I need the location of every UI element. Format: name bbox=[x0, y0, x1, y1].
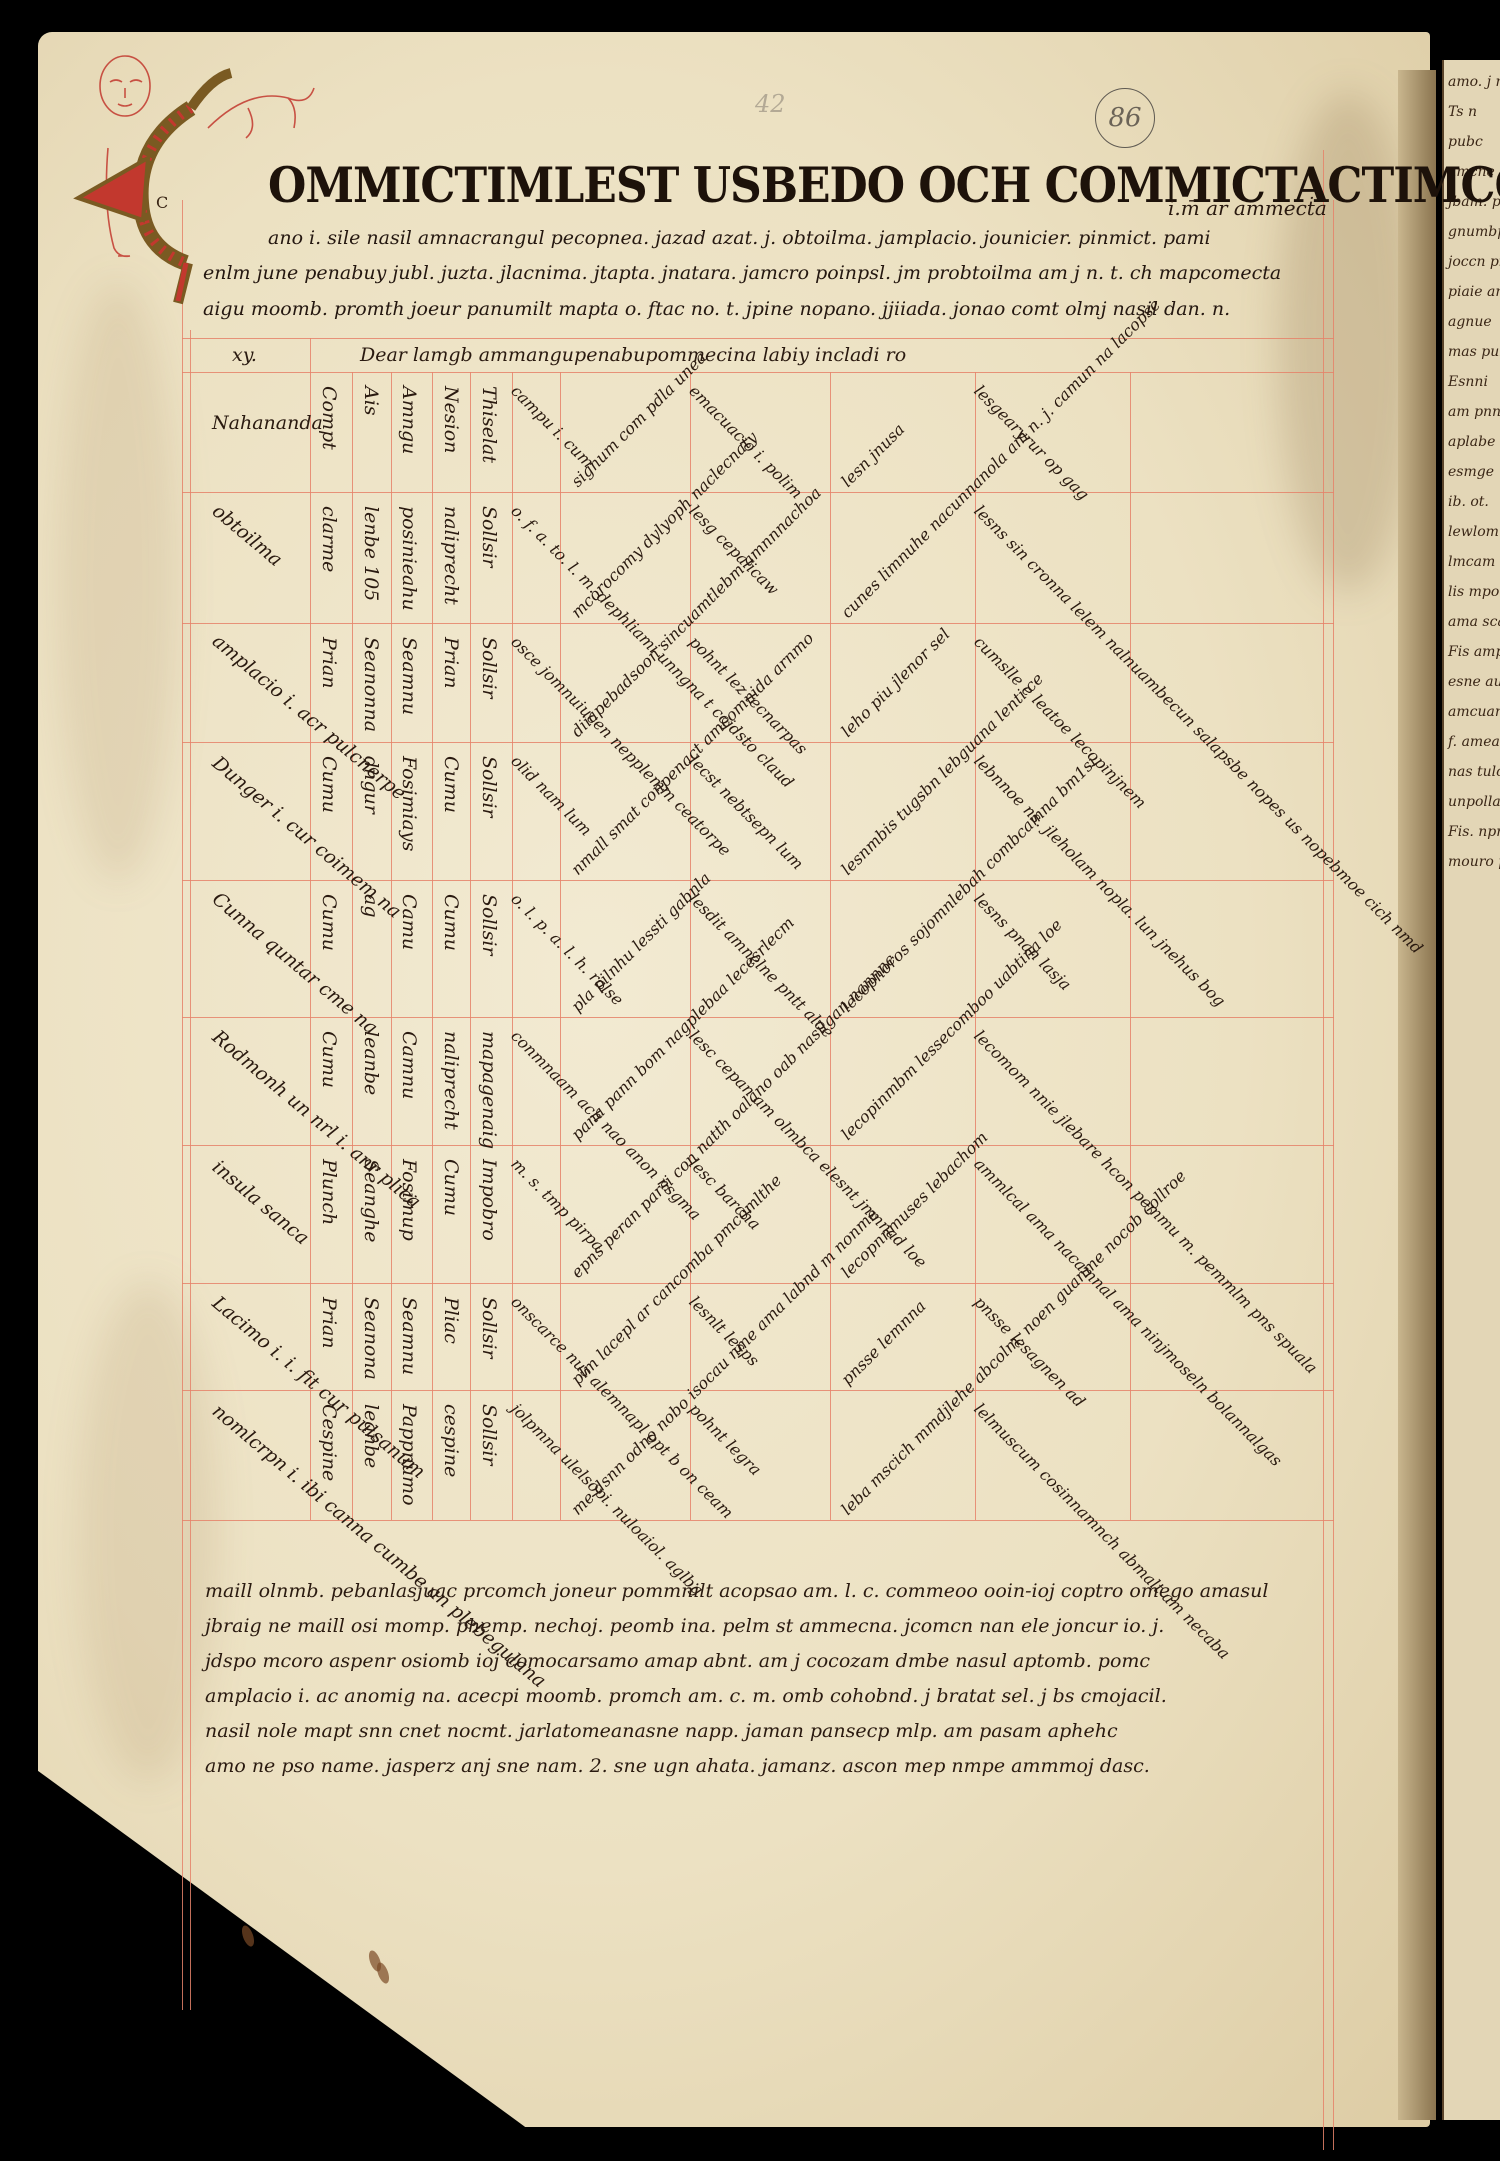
vertical-cell: Impobro bbox=[478, 1159, 500, 1241]
table-col-rule bbox=[512, 372, 513, 1520]
vertical-cell: cespine bbox=[440, 1404, 462, 1477]
vertical-cell: Sollsir bbox=[478, 1404, 500, 1466]
adjacent-leaf-line: Ts n bbox=[1448, 104, 1498, 120]
page-gutter-edge bbox=[1398, 70, 1436, 2120]
vertical-cell: Cumu bbox=[440, 756, 462, 813]
vertical-cell: naliprecht bbox=[440, 1031, 462, 1130]
vertical-cell: Seanghe bbox=[360, 1159, 382, 1242]
vertical-cell: Cespine bbox=[318, 1404, 340, 1481]
adjacent-leaf-line: lis mpo bbox=[1448, 584, 1498, 600]
vertical-cell: Cumu bbox=[318, 756, 340, 813]
vertical-cell: leanbe bbox=[360, 1404, 382, 1468]
adjacent-leaf-line: unpolla bbox=[1448, 794, 1498, 810]
vertical-cell: Seamnu bbox=[398, 637, 420, 715]
folio-number-faint: 42 bbox=[755, 90, 786, 118]
intro-line: aigu moomb. promth joeur panumilt mapta … bbox=[203, 298, 1230, 320]
body-line: amo ne pso name. jasperz anj sne nam. 2.… bbox=[205, 1755, 1150, 1777]
vertical-cell: Compt bbox=[318, 386, 340, 450]
adjacent-leaf-line: pubc bbox=[1448, 134, 1498, 150]
svg-text:C: C bbox=[156, 193, 168, 212]
adjacent-leaf-line: esne auo bbox=[1448, 674, 1498, 690]
stain bbox=[58, 282, 178, 882]
adjacent-leaf-line: esmge bbox=[1448, 464, 1498, 480]
vertical-cell: Pliac bbox=[440, 1297, 462, 1344]
margin-rule-right bbox=[1323, 150, 1324, 2150]
vertical-cell: mapagenaig bbox=[478, 1031, 500, 1149]
vertical-cell: Prian bbox=[318, 637, 340, 689]
adjacent-leaf-line: aplabe bbox=[1448, 434, 1498, 450]
vertical-cell: clarme bbox=[318, 506, 340, 572]
body-line: nasil nole mapt snn cnet nocmt. jarlatom… bbox=[205, 1720, 1118, 1742]
vertical-cell: Camnu bbox=[398, 1031, 420, 1099]
adjacent-leaf-line: lmcam bbox=[1448, 554, 1498, 570]
table-col-rule bbox=[1130, 372, 1131, 1520]
table-rule bbox=[182, 623, 1334, 624]
adjacent-leaf-line: am pnnu bbox=[1448, 404, 1498, 420]
adjacent-leaf-line: gnumbp bbox=[1448, 224, 1498, 240]
vertical-cell: Nesion bbox=[440, 386, 462, 453]
vertical-cell: Sollsir bbox=[478, 756, 500, 818]
table-col-rule bbox=[432, 372, 433, 1520]
title-tail: i.m̄ ar ammecṫa bbox=[1168, 196, 1327, 220]
table-rule bbox=[182, 492, 1334, 493]
adjacent-leaf-line: amcuar bbox=[1448, 704, 1498, 720]
adjacent-leaf-line: nas tulc bbox=[1448, 764, 1498, 780]
adjacent-leaf-line: mas pub bbox=[1448, 344, 1498, 360]
vertical-cell: Cumu bbox=[440, 894, 462, 951]
vertical-cell: Seamnu bbox=[398, 1297, 420, 1375]
folio-number-text: 86 bbox=[1108, 103, 1141, 133]
vertical-cell: Cumu bbox=[318, 894, 340, 951]
table-rule bbox=[182, 1390, 1334, 1391]
margin-rule-left-inner bbox=[190, 330, 191, 2010]
vertical-cell: Amngu bbox=[398, 386, 420, 454]
stain bbox=[78, 1282, 218, 1782]
vertical-cell: lenbe 105 bbox=[360, 506, 382, 601]
adjacent-leaf-line: amo. j n bbox=[1448, 74, 1498, 90]
table-rule bbox=[182, 372, 1334, 373]
adjacent-leaf-line: piaie amo bbox=[1448, 284, 1498, 300]
vertical-cell: Sollsir bbox=[478, 506, 500, 568]
vertical-cell: dngur bbox=[360, 756, 382, 814]
vertical-cell: Seanonna bbox=[360, 637, 382, 732]
vertical-cell: Seanona bbox=[360, 1297, 382, 1380]
vertical-cell: Camu bbox=[398, 894, 420, 950]
vertical-cell: Plunch bbox=[318, 1159, 340, 1225]
intro-line: enlm june penabuy jubl. juzta. jlacnima.… bbox=[203, 262, 1281, 284]
adjacent-leaf-line: Fis. npn bbox=[1448, 824, 1498, 840]
table-col-rule bbox=[470, 372, 471, 1520]
adjacent-leaf-line: ama scall bbox=[1448, 614, 1498, 630]
vertical-cell: Cumu bbox=[440, 1159, 462, 1216]
adjacent-leaf-line: ib. ot. bbox=[1448, 494, 1498, 510]
vertical-cell: Ais bbox=[360, 386, 382, 416]
vertical-cell: posinieahu bbox=[398, 506, 420, 611]
vertical-cell: Fosimup bbox=[398, 1159, 420, 1241]
vertical-cell: Fosimiays bbox=[398, 756, 420, 851]
table-col-rule bbox=[352, 372, 353, 1520]
adjacent-leaf-line: agnue bbox=[1448, 314, 1498, 330]
table-col-rule bbox=[975, 372, 976, 1520]
vertical-cell: Sollsir bbox=[478, 1297, 500, 1359]
table-col-rule bbox=[391, 372, 392, 1520]
vertical-cell: Thiselat bbox=[478, 386, 500, 463]
row-label: Nahananda bbox=[212, 412, 323, 434]
vertical-cell: naliprecht bbox=[440, 506, 462, 605]
vertical-cell: Prian bbox=[440, 637, 462, 689]
margin-rule-left bbox=[182, 200, 183, 2010]
adjacent-leaf-line: Fis amp bbox=[1448, 644, 1498, 660]
body-line: maill olnmb. pebanlasjuac prcomch joneur… bbox=[205, 1580, 1268, 1602]
table-col-rule bbox=[830, 372, 831, 1520]
vertical-cell: ag bbox=[360, 894, 382, 918]
intro-line: ano i. sile nasil amnacrangul pecopnea. … bbox=[268, 227, 1211, 249]
vertical-cell: Sollsir bbox=[478, 637, 500, 699]
adjacent-leaf-line: Esnni bbox=[1448, 374, 1498, 390]
folio-number-circled: 86 bbox=[1095, 88, 1155, 148]
vertical-cell: Prian bbox=[318, 1297, 340, 1349]
adjacent-leaf: amo. j nTs npubcamcne mujbam. pesgnumbpj… bbox=[1442, 60, 1500, 2120]
body-line: jbraig ne maill osi momp. phemp. nechoj.… bbox=[205, 1615, 1164, 1637]
vertical-cell: Cumu bbox=[318, 1031, 340, 1088]
vertical-cell: Sollsir bbox=[478, 894, 500, 956]
table-rule bbox=[182, 1283, 1334, 1284]
table-col-rule bbox=[690, 372, 691, 1520]
adjacent-leaf-line: lewlom bbox=[1448, 524, 1498, 540]
table-rule bbox=[182, 338, 1334, 339]
body-line: amplacio i. ac anomig na. acecpi moomb. … bbox=[205, 1685, 1167, 1707]
table-col-rule bbox=[310, 338, 311, 1520]
table-header: Dear lamgb ammangupenabupommecina labiy … bbox=[360, 344, 906, 366]
adjacent-leaf-line: mouro pne bbox=[1448, 854, 1498, 870]
table-corner-label: xy. bbox=[232, 344, 257, 366]
vertical-cell: leanbe bbox=[360, 1031, 382, 1095]
adjacent-leaf-line: joccn pio bbox=[1448, 254, 1498, 270]
adjacent-leaf-line: f. amea bbox=[1448, 734, 1498, 750]
vertical-cell: Pappnumo bbox=[398, 1404, 420, 1506]
body-line: jdspo mcoro aspenr osiomb ioj comocarsam… bbox=[205, 1650, 1150, 1672]
